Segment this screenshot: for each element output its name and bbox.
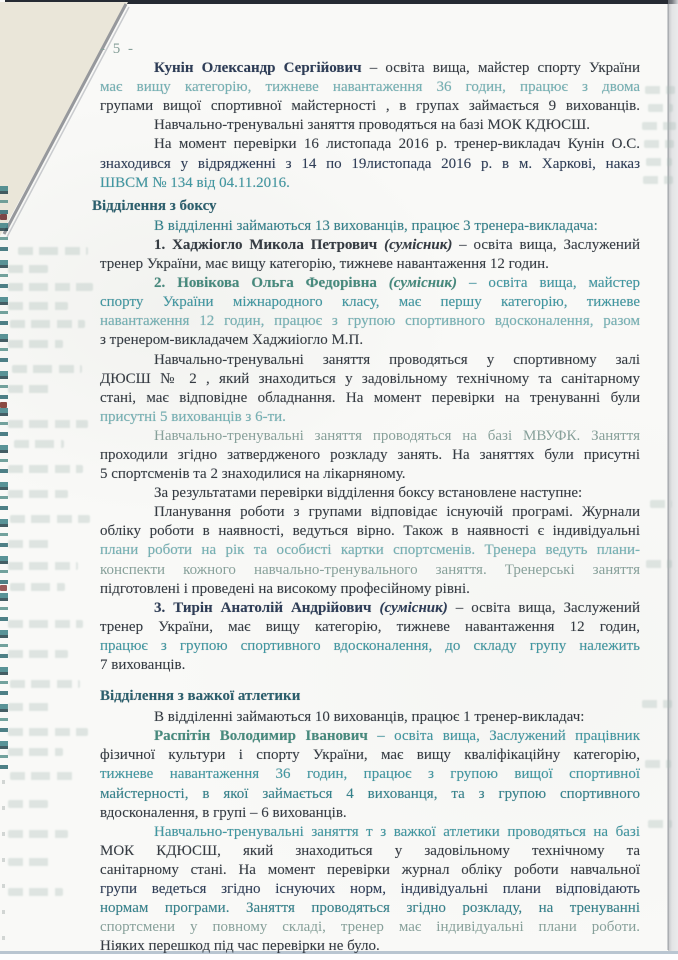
paragraph: В відділенні займаються 13 вихованців, п… [100,217,640,236]
paragraph: 3. Тирін Анатолій Андрійович (сумісник) … [100,599,640,675]
text-line: нормам програми. Заняття проводяться згі… [100,899,640,918]
text-line: навантаження 12 годин, працює з групою с… [100,312,640,331]
text-segment: 2. Новікова Ольга Федорівна [154,275,389,291]
text-line: проходили згідно затвердженого розкладу … [100,446,640,465]
text-segment: навантаження 12 годин, працює з групою с… [100,313,640,329]
text-line: МОК КДЮСШ, який знаходиться у задовільно… [100,842,640,861]
text-line: Кунін Олександр Сергійович – освіта вища… [100,59,640,78]
text-line: майстерності, в якої займається 4 вихова… [100,785,640,804]
paragraph: За результатами перевірки відділення бок… [100,484,640,503]
text-segment: За результатами перевірки відділення бок… [154,485,582,501]
text-segment: присутні 5 вихованців з 6-ти. [100,409,286,425]
text-segment: – освіта вища, майстер [457,275,640,291]
text-segment: проходили згідно затвердженого розкладу … [100,447,640,463]
scanned-document-page: - 5 -Кунін Олександр Сергійович – освіта… [0,0,678,960]
text-line: спорту України міжнародного класу, має п… [100,293,640,312]
paragraph: 2. Новікова Ольга Федорівна (сумісник) –… [100,274,640,350]
text-segment: Кунін Олександр Сергійович [154,60,362,76]
text-line: підготовлені і проведені на високому про… [100,580,640,599]
bleed-through-fragment [18,247,88,255]
text-line: Навчально-тренувальні заняття т з важкої… [100,823,640,842]
paragraph: Навчально-тренувальні заняття т з важкої… [100,823,640,957]
text-line: За результатами перевірки відділення бок… [100,484,640,503]
text-segment: санітарному стані. На момент перевірки ж… [100,862,640,878]
text-segment: тижневе навантаження 36 годин, працює з … [100,766,640,782]
section-heading: Відділення з важкої атлетики [100,687,640,706]
text-segment: В відділенні займаються 13 вихованців, п… [154,218,598,234]
text-segment: фізичної культури і спорту України, має … [100,747,640,763]
text-segment: тренер України, має вищу категорію, тижн… [100,619,640,635]
text-segment: Навчально-тренувальні заняття проводятьс… [154,117,590,133]
left-edge-marks [0,186,8,778]
text-line: має вищу категорію, тижневе навантаження… [100,78,640,97]
text-line: групи ведеться згідно існуючих норм, інд… [100,880,640,899]
bleed-through-fragment [8,620,83,628]
bleed-through-fragment [642,700,672,708]
text-line: 2. Новікова Ольга Федорівна (сумісник) –… [100,274,640,293]
bleed-through-fragment [646,560,672,568]
text-line: Відділення з важкої атлетики [100,687,640,706]
bleed-through-fragment [8,465,83,473]
bleed-through-fragment [8,748,63,756]
bleed-through-fragment [650,500,672,508]
bleed-through-fragment [8,302,68,310]
bleed-through-fragment [10,515,90,523]
text-segment: 3. Тирін Анатолій Андрійович [154,600,380,616]
text-segment: групи ведеться згідно існуючих норм, інд… [100,881,640,897]
paragraph: Распітін Володимир Іванович – освіта вищ… [100,727,640,822]
text-segment: Відділення з боксу [92,198,217,214]
text-line: 5 спортсменів та 2 знаходилися на лікарн… [100,465,640,484]
bleed-through-fragment [644,140,674,148]
bleed-through-fragment [8,858,53,866]
text-line: знаходився у відрядженні з 14 по 19листо… [100,155,640,174]
bleed-through-fragment [642,122,676,130]
text-segment: (сумісник) [389,275,457,291]
paragraph: Навчально-тренувальні заняття проводятьс… [100,116,640,135]
text-segment: МОК КДЮСШ, який знаходиться у задовільно… [100,843,640,859]
bleed-through-fragment [8,420,88,428]
edge-accent-mark [0,585,7,591]
bleed-through-fragment [8,830,68,838]
text-segment: нормам програми. Заняття проводяться згі… [100,900,640,916]
text-segment: – освіта вища, Заслужений [448,600,640,616]
text-segment: групами вищої спортивної майстерності , … [100,98,640,114]
text-segment: з тренером-викладачем Хаджиіогло М.П. [100,332,363,348]
text-segment: На момент перевірки 16 листопада 2016 р.… [154,136,640,152]
bleed-through-fragment [12,365,82,373]
text-segment: вдосконалення, в групі – 6 вихованців. [100,805,347,821]
text-line: тренер України, має вищу категорію, тижн… [100,255,640,274]
text-line: спортсмени у повному складі, тренер має … [100,918,640,937]
bleed-through-fragment [648,820,672,828]
bleed-through-fragment [8,888,63,896]
text-line: Планування роботи з групами відповідає і… [100,503,640,522]
bleed-through-fragment [646,158,672,166]
bleed-through-fragment [8,283,93,291]
text-line: Навчально-тренувальні заняття проводятьс… [100,351,640,370]
text-line: Навчально-тренувальні заняття проводятьс… [100,116,640,135]
bleed-through-fragment [643,176,673,184]
text-segment: Навчально-тренувальні заняття проводятьс… [154,428,640,444]
text-segment: працює з групою спортивного вдосконаленн… [100,638,640,654]
text-segment: спортсмени у повному складі, тренер має … [100,919,640,935]
text-block: - 5 -Кунін Олександр Сергійович – освіта… [100,40,640,956]
bleed-through-fragment [8,490,68,498]
text-line: присутні 5 вихованців з 6-ти. [100,408,640,427]
text-segment: В відділенні займаються 10 вихованців, п… [154,709,584,725]
text-segment: спорту України міжнародного класу, має п… [100,294,640,310]
bleed-through-fragment [645,760,671,768]
bleed-through-fragment [645,86,675,94]
text-line: фізичної культури і спорту України, має … [100,746,640,765]
text-line: В відділенні займаються 13 вихованців, п… [100,217,640,236]
text-line: обліку роботи в наявності, ведуться вірн… [100,522,640,541]
text-segment: – освіта вища, Заслужений працівник [368,728,640,744]
text-segment: Навчально-тренувальні заняття проводятьс… [154,352,640,368]
bleed-through-fragment [10,680,80,688]
paragraph: 1. Хаджіогло Микола Петрович (сумісник) … [100,236,640,274]
bleed-through-fragment [8,340,63,348]
text-line: групами вищої спортивної майстерності , … [100,97,640,116]
text-line: стані, має відповідне обладнання. На мом… [100,389,640,408]
text-line: конспекти кожного навчально-тренувальног… [100,561,640,580]
text-segment: – освіта вища, майстер спорту України [362,60,640,76]
bleed-through-fragment [10,320,85,328]
bleed-through-fragment [8,728,88,736]
page-number: - 5 - [100,40,640,59]
text-line: ШВСМ № 134 від 04.11.2016. [100,174,640,193]
text-segment: плани роботи на рік та особисті картки с… [100,542,640,558]
bleed-through-fragment [8,540,53,548]
text-segment: 5 спортсменів та 2 знаходилися на лікарн… [100,466,406,482]
text-line: Відділення з боксу [92,197,632,216]
bleed-through-fragment [14,440,64,448]
text-segment: (сумісник) [384,237,452,253]
paragraph: В відділенні займаються 10 вихованців, п… [100,708,640,727]
text-line: Ніяких перешкод під час перевірки не бул… [100,937,640,956]
text-line: В відділенні займаються 10 вихованців, п… [100,708,640,727]
paragraph: Кунін Олександр Сергійович – освіта вища… [100,59,640,116]
bleed-through-fragment [8,385,53,393]
text-segment: (сумісник) [380,600,448,616]
text-line: - 5 - [100,40,640,59]
text-line: 1. Хаджіогло Микола Петрович (сумісник) … [100,236,640,255]
text-segment: стані, має відповідне обладнання. На мом… [100,390,640,406]
text-line: Навчально-тренувальні заняття проводятьс… [100,427,640,446]
text-segment: - 5 - [100,41,135,57]
paragraph: Навчально-тренувальні заняття проводятьс… [100,351,640,427]
bleed-through-fragment [648,104,673,112]
text-segment: обліку роботи в наявності, ведуться вірн… [100,523,640,539]
text-segment: Ніяких перешкод під час перевірки не бул… [100,938,380,954]
text-segment: знаходився у відрядженні з 14 по 19листо… [100,156,640,172]
text-line: з тренером-викладачем Хаджиіогло М.П. [100,331,640,350]
left-edge-faint-marks [2,780,5,950]
text-line: працює з групою спортивного вдосконаленн… [100,637,640,656]
text-segment: Відділення з важкої атлетики [100,688,300,704]
paragraph: Навчально-тренувальні заняття проводятьс… [100,427,640,484]
text-segment: ШВСМ № 134 від 04.11.2016. [100,175,290,191]
bleed-through-fragment [8,800,48,808]
text-line: санітарному стані. На момент перевірки ж… [100,861,640,880]
text-line: 7 вихованців. [100,656,640,675]
paragraph: Планування роботи з групами відповідає і… [100,503,640,598]
paragraph: На момент перевірки 16 листопада 2016 р.… [100,135,640,192]
text-segment: тренер України, має вищу категорію, тижн… [100,256,549,272]
text-segment: 1. Хаджіогло Микола Петрович [154,237,384,253]
bleed-through-fragment [10,583,65,591]
text-line: плани роботи на рік та особисті картки с… [100,541,640,560]
edge-accent-mark [0,214,7,220]
text-line: На момент перевірки 16 листопада 2016 р.… [100,135,640,154]
text-segment: Планування роботи з групами відповідає і… [154,504,640,520]
text-segment: – освіта вища, Заслужений [452,237,640,253]
edge-accent-mark [0,402,7,408]
text-segment: підготовлені і проведені на високому про… [100,581,470,597]
text-line: вдосконалення, в групі – 6 вихованців. [100,804,640,823]
bleed-through-fragment [8,265,48,273]
text-line: Распітін Володимир Іванович – освіта вищ… [100,727,640,746]
text-line: ДЮСШ № 2 , який знаходиться у задовільно… [100,370,640,389]
bleed-through-fragment [10,772,75,780]
section-heading: Відділення з боксу [92,197,632,216]
bleed-through-fragment [8,650,68,658]
text-segment: Распітін Володимир Іванович [154,728,368,744]
text-line: тренер України, має вищу категорію, тижн… [100,618,640,637]
text-segment: Навчально-тренувальні заняття т з важкої… [154,824,640,840]
text-segment: має вищу категорію, тижневе навантаження… [100,79,640,95]
text-segment: 7 вихованців. [100,657,185,673]
text-line: 3. Тирін Анатолій Андрійович (сумісник) … [100,599,640,618]
text-segment: ДЮСШ № 2 , який знаходиться у задовільно… [100,371,640,387]
bleed-through-fragment [8,703,53,711]
text-segment: майстерності, в якої займається 4 вихова… [100,786,640,802]
text-line: тижневе навантаження 36 годин, працює з … [100,765,640,784]
text-segment: конспекти кожного навчально-тренувальног… [100,562,640,578]
bleed-through-fragment [8,562,78,570]
